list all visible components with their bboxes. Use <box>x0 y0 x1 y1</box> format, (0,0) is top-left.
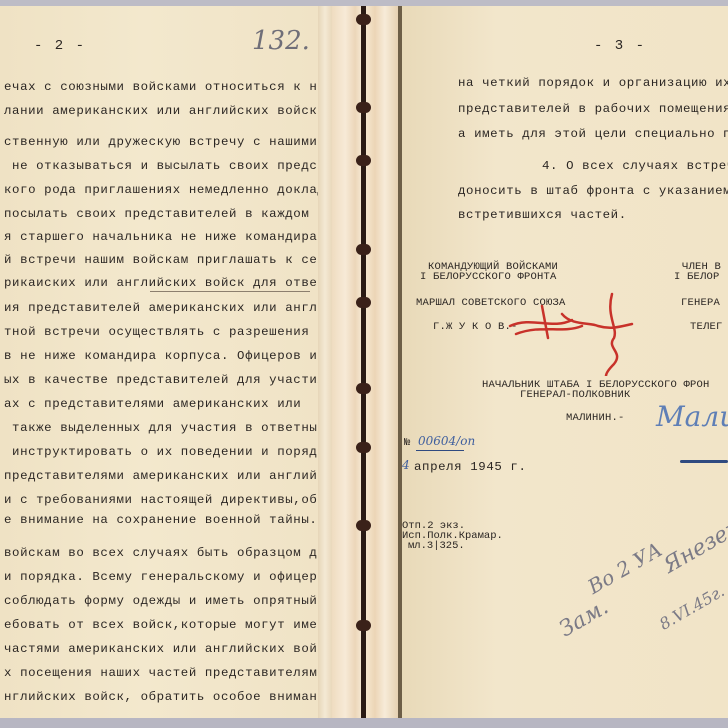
thread-knot-icon <box>356 383 371 394</box>
registration-date: апреля 1945 г. <box>414 460 527 474</box>
pencil-note-date: 8.VI.45г. <box>656 581 728 633</box>
right-page: - 3 - на четкий порядок и организацию их… <box>398 6 728 718</box>
thread-knot-icon <box>356 14 371 25</box>
text-line: и порядка. Всему генеральскому и офицерс… <box>4 570 318 584</box>
page-number-left: - 2 - <box>34 38 86 54</box>
council-member-name: ТЕЛЕГ <box>690 322 723 333</box>
council-member-title-line2: I БЕЛОР <box>674 272 720 283</box>
pencil-note-signature: Янезен <box>659 514 728 578</box>
thread-knot-icon <box>356 297 371 308</box>
text-line: ия представителей американских или англи… <box>4 301 318 315</box>
left-page-edge <box>318 6 332 718</box>
thread-knot-icon <box>356 244 371 255</box>
text-line: ечах с союзными войсками относиться к ни… <box>4 80 318 94</box>
text-line: не отказываться и высылать своих предста… <box>4 159 318 173</box>
text-line: ственную или дружескую встречу с нашими <box>4 135 317 149</box>
text-line: ых в качестве представителей для участия <box>4 373 318 387</box>
text-line: кого рода приглашениях немедленно доклад… <box>4 183 318 197</box>
commander-title-line2: I БЕЛОРУССКОГО ФРОНТА <box>420 272 557 283</box>
text-line: лании американских или английских войск <box>4 104 317 118</box>
text-line: частями американских или английских войс… <box>4 642 318 656</box>
text-line: представителей в рабочих помещениях шт <box>458 102 728 116</box>
text-line: также выделенных для участия в ответных <box>4 421 318 435</box>
text-line: я старшего начальника не ниже командира <box>4 230 317 244</box>
pencil-note-line1: Во 2 УА <box>583 537 666 599</box>
registration-number-prefix: № <box>404 438 410 449</box>
right-page-gutter <box>398 6 402 718</box>
text-line: соблюдать форму одежды и иметь опрятный <box>4 594 317 608</box>
text-line: рикаиских или английских войск для ответ… <box>4 276 318 290</box>
left-page: - 2 - 132. ечах с союзными войсками отно… <box>0 6 318 718</box>
blue-signature: Мали <box>656 400 728 433</box>
text-line: ах с представителями американских или <box>4 397 301 411</box>
registration-underline <box>416 450 464 451</box>
text-line: тной встречи осуществлять с разрешения <box>4 325 309 339</box>
text-line: представителями американских или английс… <box>4 469 318 483</box>
distribution-ref: мл.3|325. <box>408 541 465 552</box>
text-line: посылать своих представителей в каждом <box>4 207 309 221</box>
thread-knot-icon <box>356 620 371 631</box>
thread-knot-icon <box>356 442 371 453</box>
text-line: нглийских войск, обратить особое внимани… <box>4 690 318 704</box>
text-line: а иметь для этой цели специально подго <box>458 127 728 141</box>
text-line: инструктировать о их поведении и порядке <box>4 445 318 459</box>
document-scan: - 2 - 132. ечах с союзными войсками отно… <box>0 0 728 728</box>
paragraph-4-heading: 4. О всех случаях встреч с <box>542 159 728 173</box>
text-line: доносить в штаб фронта с указанием мес <box>458 184 728 198</box>
text-line: встретившихся частей. <box>458 208 627 222</box>
council-member-rank: ГЕНЕРА <box>681 298 720 309</box>
registration-number: 00604/оп <box>418 434 475 448</box>
text-line: войскам во всех случаях быть образцом ди… <box>4 546 318 560</box>
archive-folio-number: 132. <box>252 26 310 56</box>
chief-of-staff-name: МАЛИНИН.- <box>566 413 625 424</box>
pencil-rule <box>150 291 310 292</box>
thread-knot-icon <box>356 155 371 166</box>
thread-knot-icon <box>356 520 371 531</box>
text-line: й встречи нашим войскам приглашать к себ… <box>4 253 318 267</box>
text-line: на четкий порядок и организацию их вст <box>458 76 728 90</box>
text-line: в не ниже командира корпуса. Офицеров и <box>4 349 317 363</box>
scanner-bottom-border <box>0 718 728 728</box>
page-number-right: - 3 - <box>594 38 646 54</box>
red-signature-icon <box>502 286 652 376</box>
text-line: е внимание на сохранение военной тайны. <box>4 513 317 527</box>
text-line: и с требованиями настоящей директивы,обр… <box>4 493 318 507</box>
thread-knot-icon <box>356 102 371 113</box>
chief-of-staff-rank: ГЕНЕРАЛ-ПОЛКОВНИК <box>520 390 631 401</box>
pencil-note-line2: Зам. <box>555 595 613 643</box>
registration-day: 4 <box>402 458 410 472</box>
text-line: х посещения наших частей представителями <box>4 666 318 680</box>
blue-ink-stroke <box>680 460 728 463</box>
text-line: ебовать от всех войск,которые могут имет… <box>4 618 318 632</box>
